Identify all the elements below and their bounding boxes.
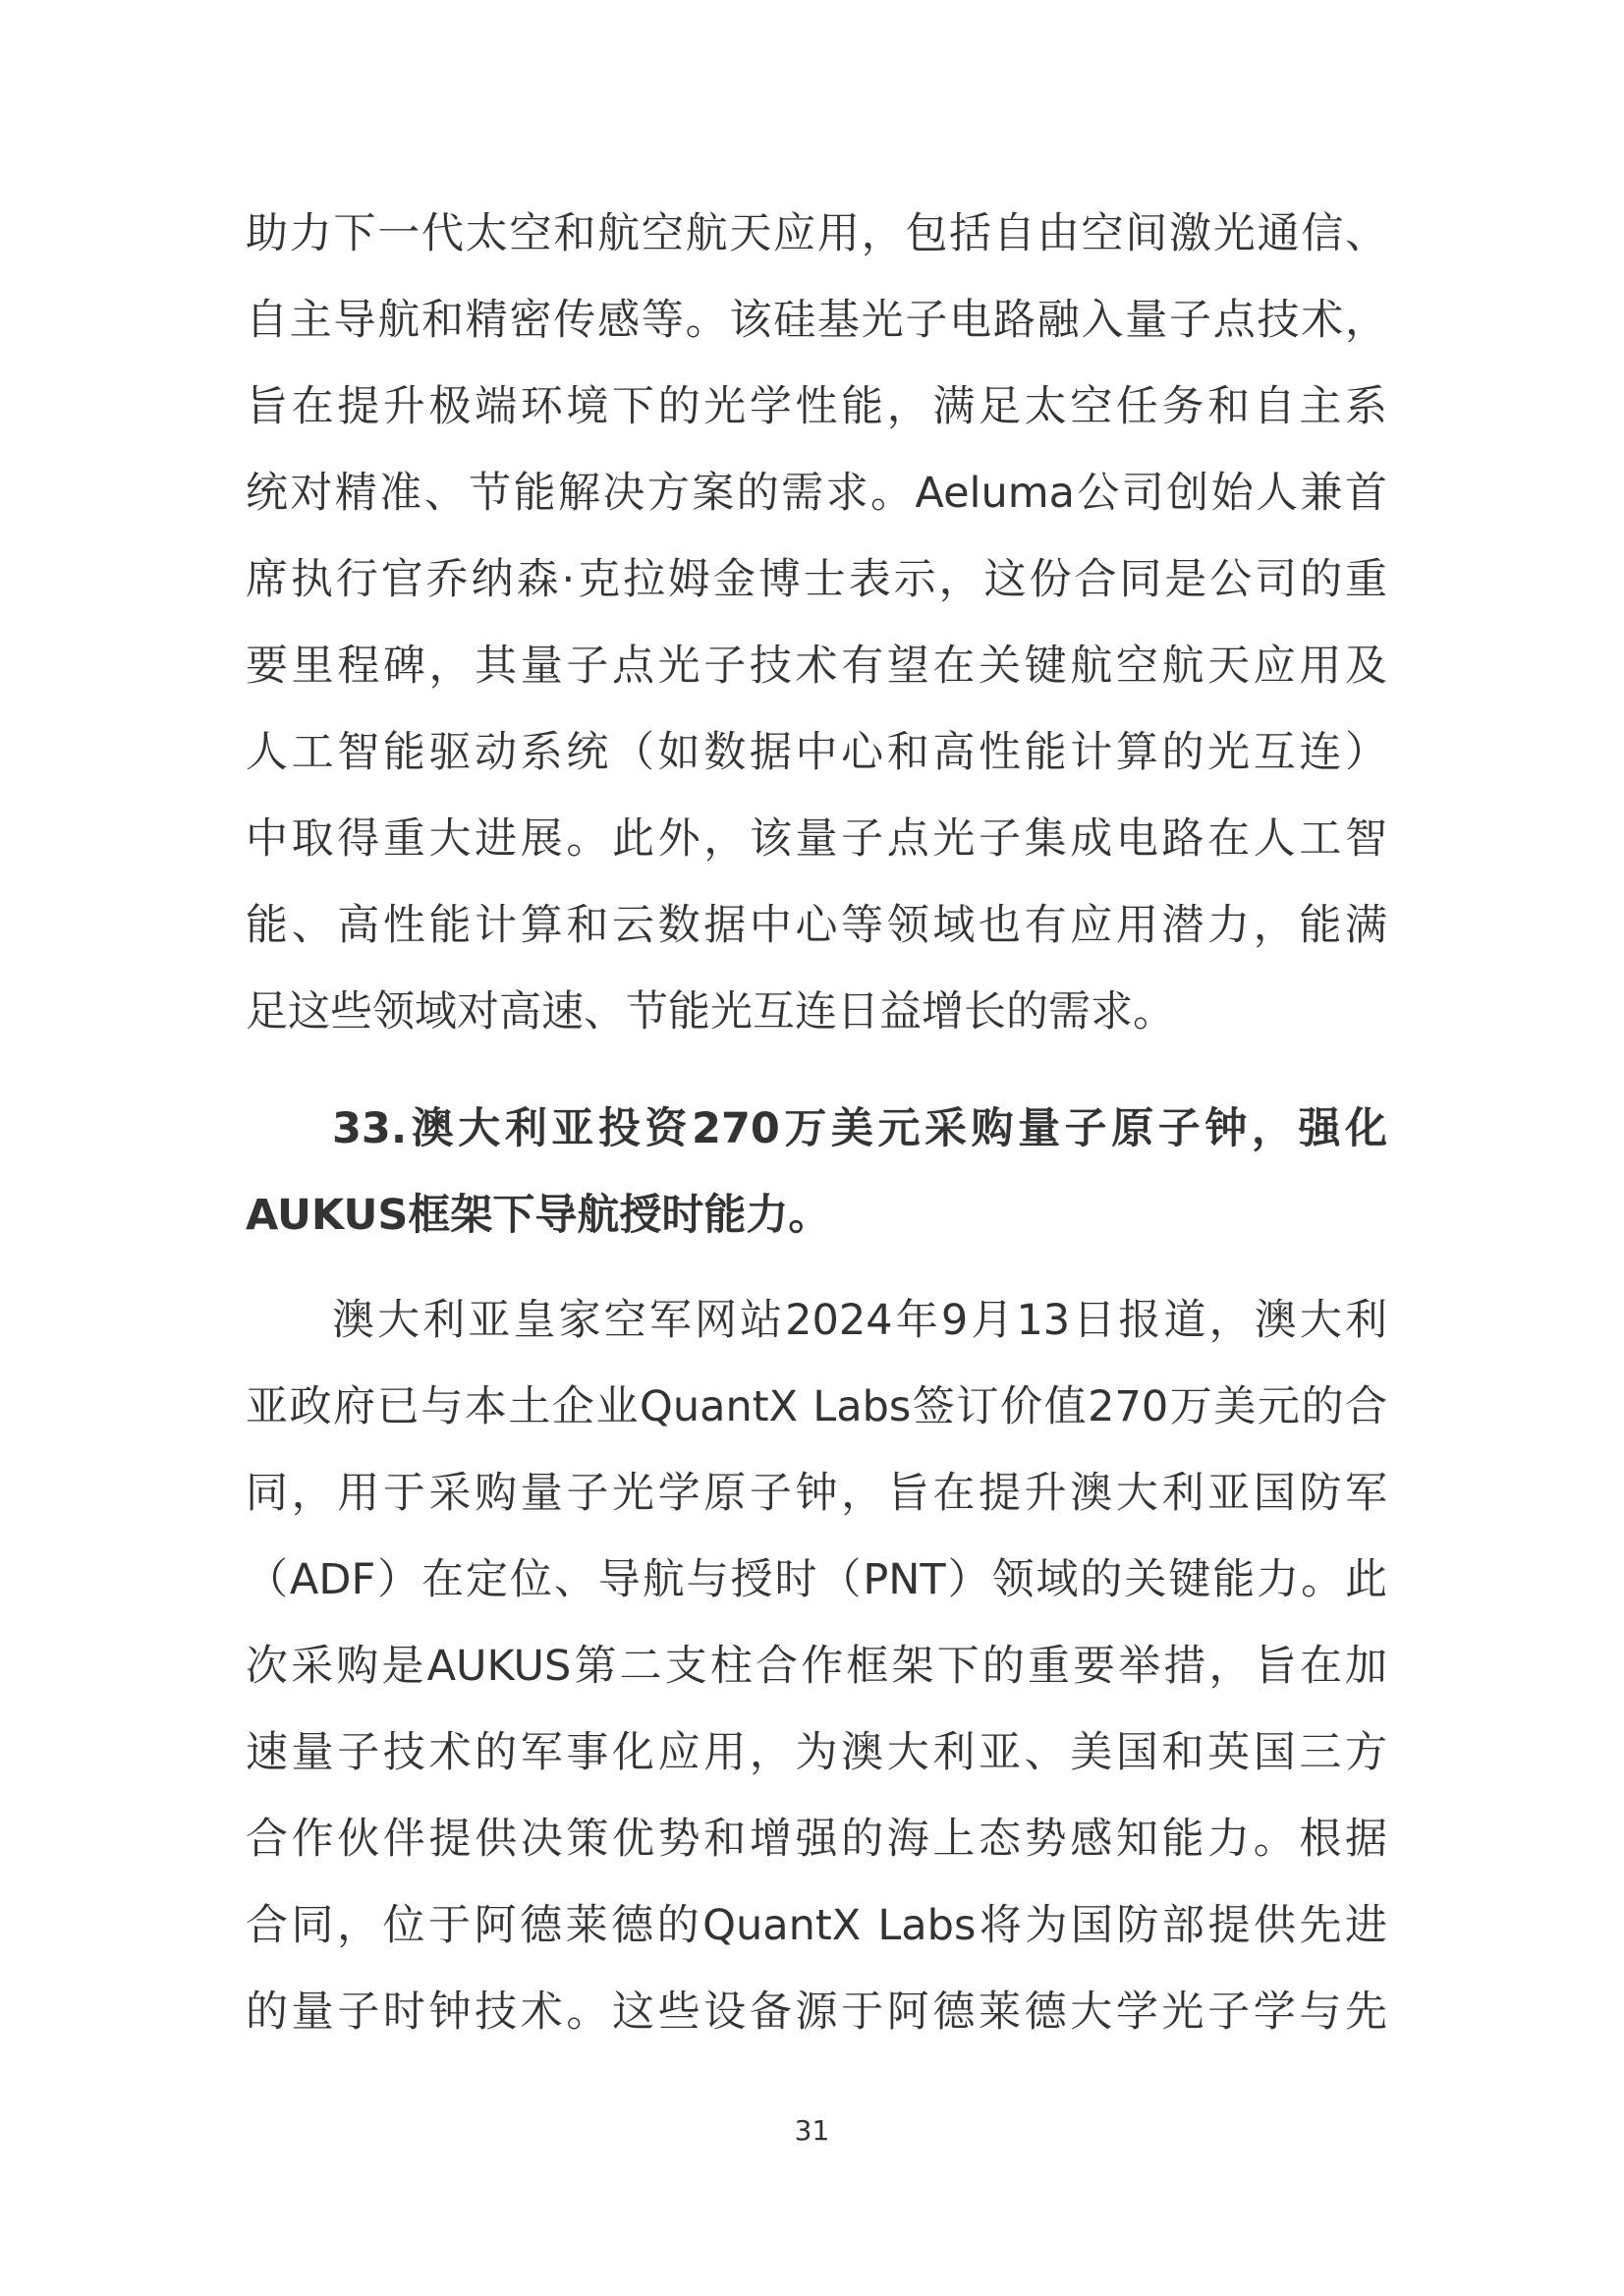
page-number: 31 xyxy=(0,2114,1624,2148)
paragraph-line: 澳大利亚皇家空军网站2024年9月13日报道，澳大利 xyxy=(332,1295,1387,1381)
paragraph-line: 席执行官乔纳森·克拉姆金博士表示，这份合同是公司的重 xyxy=(246,554,1387,641)
paragraph-line: 速量子技术的军事化应用，为澳大利亚、美国和英国三方 xyxy=(246,1727,1387,1814)
paragraph-line: 统对精准、节能解决方案的需求。Aeluma公司创始人兼首 xyxy=(246,468,1387,554)
paragraph-line: （ADF）在定位、导航与授时（PNT）领域的关键能力。此 xyxy=(246,1554,1387,1641)
paragraph-line: 足这些领域对高速、节能光互连日益增长的需求。 xyxy=(246,986,1387,1073)
paragraph-line: 合同，位于阿德莱德的QuantX Labs将为国防部提供先进 xyxy=(246,1900,1387,1987)
paragraph-line: 要里程碑，其量子点光子技术有望在关键航空航天应用及 xyxy=(246,641,1387,727)
paragraph-line: 助力下一代太空和航空航天应用，包括自由空间激光通信、 xyxy=(246,208,1387,295)
paragraph-line: 次采购是AUKUS第二支柱合作框架下的重要举措，旨在加 xyxy=(246,1641,1387,1727)
paragraph-line: 的量子时钟技术。这些设备源于阿德莱德大学光子学与先 xyxy=(246,1987,1387,2073)
heading-line: 33.澳大利亚投资270万美元采购量子原子钟，强化 xyxy=(332,1103,1387,1190)
paragraph-line: 亚政府已与本土企业QuantX Labs签订价值270万美元的合 xyxy=(246,1381,1387,1468)
paragraph-line: 旨在提升极端环境下的光学性能，满足太空任务和自主系 xyxy=(246,381,1387,468)
paragraph-line: 能、高性能计算和云数据中心等领域也有应用潜力，能满 xyxy=(246,900,1387,986)
paragraph-line: 合作伙伴提供决策优势和增强的海上态势感知能力。根据 xyxy=(246,1814,1387,1900)
paragraph-line: 自主导航和精密传感等。该硅基光子电路融入量子点技术， xyxy=(246,295,1387,381)
heading-line: AUKUS框架下导航授时能力。 xyxy=(246,1190,1387,1276)
paragraph-line: 同，用于采购量子光学原子钟，旨在提升澳大利亚国防军 xyxy=(246,1468,1387,1554)
paragraph-line: 中取得重大进展。此外，该量子点光子集成电路在人工智 xyxy=(246,813,1387,900)
paragraph-line: 人工智能驱动系统（如数据中心和高性能计算的光互连） xyxy=(246,727,1387,813)
